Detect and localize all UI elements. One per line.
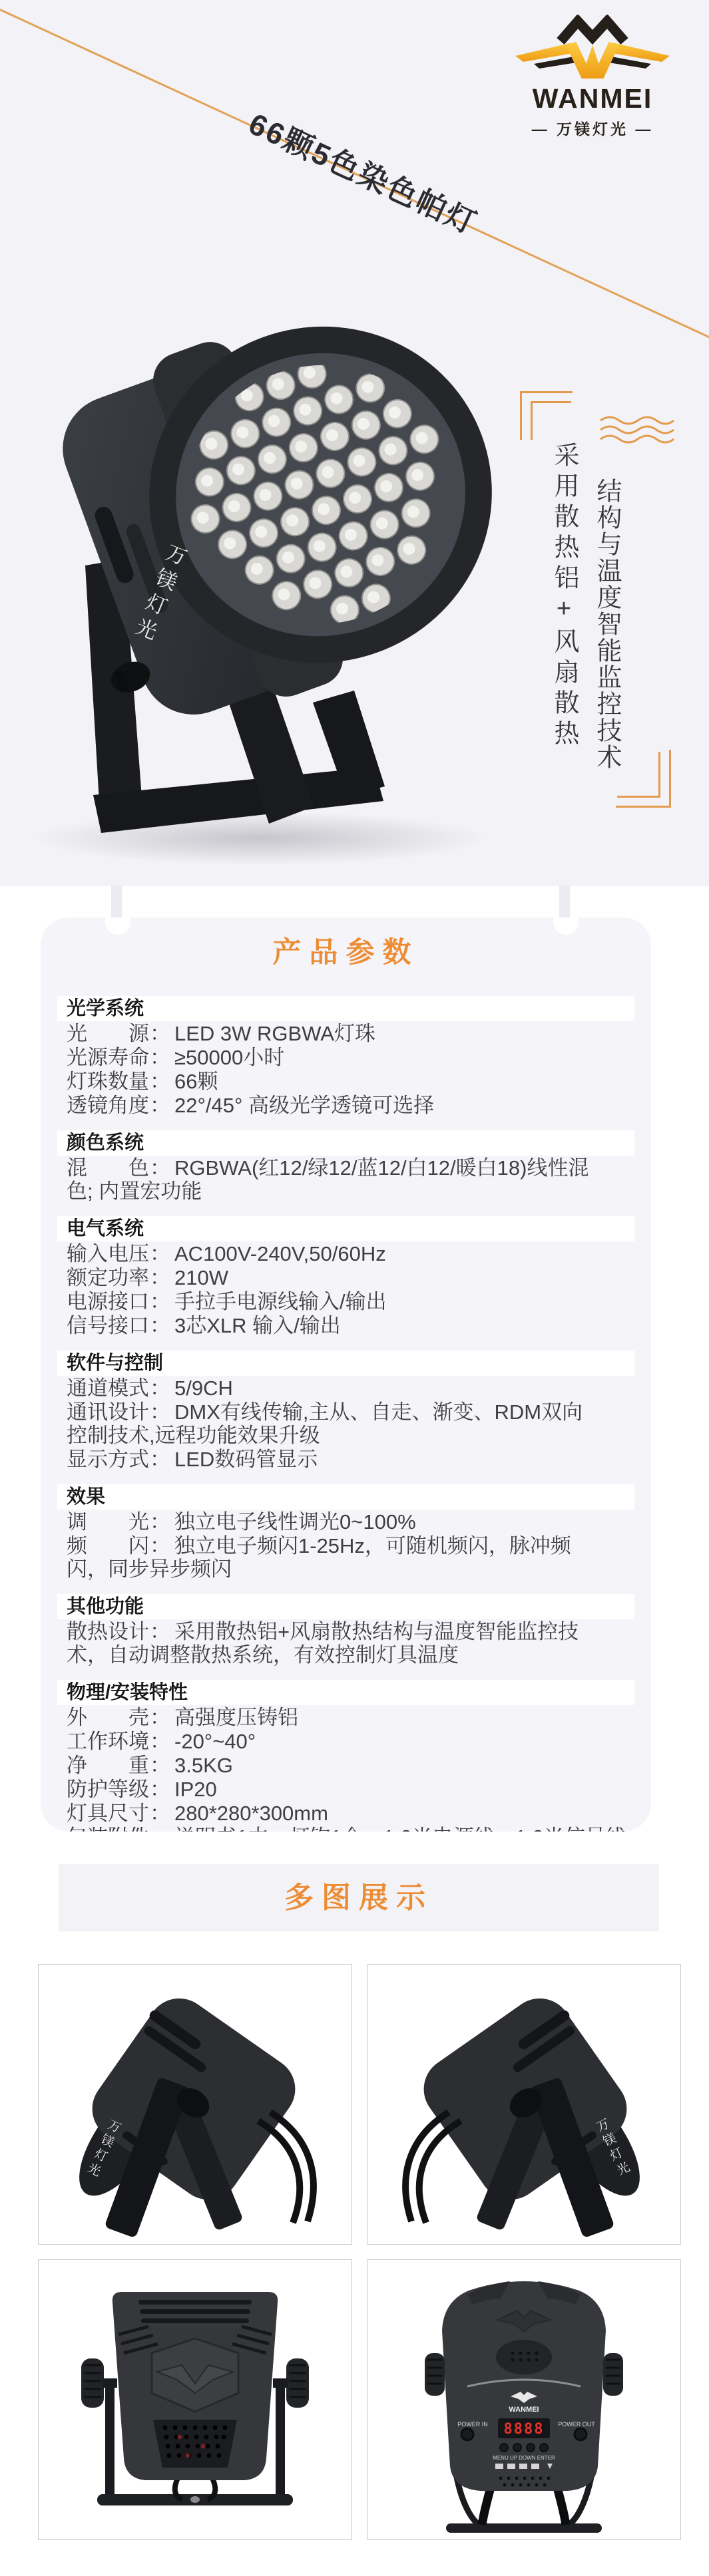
- spec-row: 显示方式：LED数码管显示: [57, 1447, 634, 1471]
- spec-label: 通道模式: [67, 1376, 149, 1400]
- hero-slogan-right: 结构与温度智能监控技术: [589, 478, 625, 770]
- spec-label: 灯珠数量: [67, 1070, 149, 1093]
- spec-value: 22°/45° 高级光学透镜可选择: [174, 1094, 434, 1117]
- spec-value: 3芯XLR 输入/输出: [174, 1314, 341, 1337]
- spec-label: 调 光: [67, 1510, 149, 1533]
- spec-row: 透镜角度：22°/45° 高级光学透镜可选择: [57, 1093, 634, 1117]
- spec-row: 防护等级：IP20: [57, 1777, 634, 1801]
- gallery-photo-side-left: [38, 1964, 352, 2245]
- hero-product-photo: [0, 279, 506, 865]
- spec-label: 净 重: [67, 1754, 149, 1777]
- spec-value: 280*280*300mm: [174, 1802, 328, 1825]
- strap-notch: [553, 917, 579, 935]
- power-out-label: POWER OUT: [558, 2421, 595, 2428]
- spec-row: 包装附件：说明书1本，灯钩1个；1.2米电源线、1.2米信号线: [57, 1825, 634, 1832]
- spec-section-heading: 物理/安装特性: [57, 1680, 634, 1705]
- spec-colon: ：: [150, 1706, 170, 1729]
- back-panel-illustration: WANMEI 8888 POWER IN POWER OUT MENU UP D…: [367, 2260, 680, 2539]
- spec-label: 显示方式: [67, 1448, 149, 1471]
- spec-label: 光 源: [67, 1022, 149, 1045]
- hero-slogan-left: 采用散热铝+风扇散热: [546, 442, 583, 750]
- spec-label: 输入电压: [67, 1242, 149, 1265]
- spec-label: 电源接口: [67, 1290, 149, 1313]
- side-view-right-illustration: [367, 1965, 680, 2244]
- spec-value: IP20: [174, 1778, 217, 1801]
- spec-colon: ：: [150, 1314, 170, 1337]
- spec-row: 灯具尺寸：280*280*300mm: [57, 1801, 634, 1825]
- spec-section: 颜色系统混 色：RGBWA(红12/绿12/蓝12/白12/暖白18)线性混 色…: [57, 1130, 634, 1203]
- spec-colon: ：: [150, 1510, 170, 1533]
- spec-colon: ：: [150, 1620, 170, 1643]
- spec-colon: ：: [150, 1778, 170, 1801]
- spec-row: 通道模式：5/9CH: [57, 1376, 634, 1400]
- brand-name: WANMEI: [511, 83, 674, 114]
- spec-row: 通讯设计：DMX有线传输,主从、自走、渐变、RDM双向 控制技术,远程功能效果升…: [57, 1400, 634, 1447]
- spec-value: 66颗: [174, 1070, 218, 1093]
- spec-row: 净 重：3.5KG: [57, 1753, 634, 1777]
- spec-label: 散热设计: [67, 1620, 149, 1643]
- spec-value: LED 3W RGBWA灯珠: [174, 1022, 375, 1045]
- spec-colon: ：: [150, 1156, 170, 1180]
- spec-value: 高强度压铸铝: [174, 1706, 298, 1729]
- quote-bracket-open-icon: [520, 391, 571, 439]
- spec-value: 5/9CH: [174, 1376, 233, 1400]
- spec-section: 物理/安装特性外 壳：高强度压铸铝工作环境：-20°~40°净 重：3.5KG防…: [57, 1680, 634, 1832]
- spec-value: 210W: [174, 1266, 228, 1289]
- spec-row: 光源寿命：≥50000小时: [57, 1045, 634, 1069]
- brand-logo: WANMEI — 万镁灯光 —: [511, 15, 674, 139]
- spec-colon: ：: [150, 1400, 170, 1424]
- hero-section: 66颗5色染色帕灯 WANMEI — 万镁灯光 —: [0, 0, 709, 886]
- spec-colon: ：: [150, 1242, 170, 1265]
- spec-colon: ：: [150, 1022, 170, 1045]
- spec-section: 软件与控制通道模式：5/9CH通讯设计：DMX有线传输,主从、自走、渐变、RDM…: [57, 1351, 634, 1471]
- spec-label: 通讯设计: [67, 1400, 149, 1424]
- spec-section-heading: 效果: [57, 1484, 634, 1510]
- rear-view-illustration: [39, 2260, 352, 2539]
- spec-colon: ：: [150, 1448, 170, 1471]
- spec-row: 调 光：独立电子线性调光0~100%: [57, 1510, 634, 1533]
- parameters-title: 产品参数: [41, 936, 651, 969]
- strap-notch: [105, 917, 130, 935]
- spec-colon: ：: [150, 1070, 170, 1093]
- spec-colon: ：: [150, 1046, 170, 1069]
- spec-colon: ：: [150, 1730, 170, 1753]
- spec-row: 混 色：RGBWA(红12/绿12/蓝12/白12/暖白18)线性混 色; 内置…: [57, 1156, 634, 1203]
- power-in-label: POWER IN: [457, 2421, 488, 2428]
- gallery-photo-side-right: [367, 1964, 681, 2245]
- spec-row: 灯珠数量：66颗: [57, 1069, 634, 1093]
- spec-value: LED数码管显示: [174, 1448, 318, 1471]
- waves-icon: [599, 414, 675, 447]
- spec-row: 光 源：LED 3W RGBWA灯珠: [57, 1021, 634, 1045]
- spec-label: 光源寿命: [67, 1046, 149, 1069]
- spec-value: AC100V-240V,50/60Hz: [174, 1242, 386, 1265]
- product-detail-page: 66颗5色染色帕灯 WANMEI — 万镁灯光 —: [0, 0, 709, 2576]
- spec-section: 光学系统光 源：LED 3W RGBWA灯珠光源寿命：≥50000小时灯珠数量：…: [57, 996, 634, 1117]
- wing-logo-icon: [511, 15, 674, 79]
- spec-value: -20°~40°: [174, 1730, 256, 1753]
- spec-row: 信号接口：3芯XLR 输入/输出: [57, 1313, 634, 1337]
- spec-colon: ：: [150, 1754, 170, 1777]
- spec-row: 外 壳：高强度压铸铝: [57, 1705, 634, 1729]
- spec-colon: ：: [150, 1376, 170, 1400]
- spec-row: 输入电压：AC100V-240V,50/60Hz: [57, 1241, 634, 1265]
- quote-bracket-close-icon: [618, 750, 671, 808]
- spec-label: 透镜角度: [67, 1094, 149, 1117]
- spec-row: 电源接口：手拉手电源线输入/输出: [57, 1289, 634, 1313]
- spec-label: 混 色: [67, 1156, 149, 1180]
- product-title: 66颗5色染色帕灯: [243, 100, 486, 243]
- spec-section-heading: 颜色系统: [57, 1130, 634, 1156]
- spec-label: 工作环境: [67, 1730, 149, 1753]
- spec-section: 效果调 光：独立电子线性调光0~100%频 闪：独立电子频闪1-25Hz，可随机…: [57, 1484, 634, 1581]
- spec-colon: ：: [150, 1802, 170, 1825]
- spec-colon: ：: [150, 1266, 170, 1289]
- spec-value: 3.5KG: [174, 1754, 233, 1777]
- spec-label: 额定功率: [67, 1266, 149, 1289]
- spec-section: 其他功能散热设计：采用散热铝+风扇散热结构与温度智能监控技 术，自动调整散热系统…: [57, 1594, 634, 1667]
- spec-label: 灯具尺寸: [67, 1802, 149, 1825]
- spec-row: 频 闪：独立电子频闪1-25Hz，可随机频闪，脉冲频 闪，同步异步频闪: [57, 1533, 634, 1581]
- spec-section: 电气系统输入电压：AC100V-240V,50/60Hz额定功率：210W电源接…: [57, 1216, 634, 1337]
- spec-colon: ：: [150, 1534, 170, 1557]
- spec-value: 说明书1本，灯钩1个；1.2米电源线、1.2米信号线: [174, 1826, 626, 1832]
- gallery-photo-back-panel: WANMEI 8888 POWER IN POWER OUT MENU UP D…: [367, 2259, 681, 2540]
- back-panel-brand: WANMEI: [509, 2406, 539, 2414]
- spec-value: ≥50000小时: [174, 1046, 284, 1069]
- spec-label: 频 闪: [67, 1534, 149, 1557]
- spec-section-heading: 光学系统: [57, 996, 634, 1021]
- spec-colon: ：: [150, 1826, 170, 1832]
- spec-label: 外 壳: [67, 1706, 149, 1729]
- spec-label: 防护等级: [67, 1778, 149, 1801]
- gallery-title: 多图展示: [59, 1864, 659, 1931]
- panel-buttons-label: MENU UP DOWN ENTER: [493, 2455, 555, 2461]
- side-view-left-illustration: [39, 1965, 352, 2244]
- led-display: 8888: [504, 2421, 545, 2438]
- spec-value: 独立电子线性调光0~100%: [174, 1510, 416, 1533]
- gallery-photo-rear: [38, 2259, 352, 2540]
- spec-section-heading: 软件与控制: [57, 1351, 634, 1376]
- spec-row: 额定功率：210W: [57, 1265, 634, 1289]
- spec-colon: ：: [150, 1290, 170, 1313]
- brand-subtext: — 万镁灯光 —: [511, 117, 674, 139]
- spec-label: 信号接口: [67, 1314, 149, 1337]
- spec-label: 包装附件: [67, 1826, 149, 1832]
- product-parameters-card: 产品参数 光学系统光 源：LED 3W RGBWA灯珠光源寿命：≥50000小时…: [41, 917, 651, 1832]
- spec-row: 散热设计：采用散热铝+风扇散热结构与温度智能监控技 术，自动调整散热系统，有效控…: [57, 1619, 634, 1667]
- spec-colon: ：: [150, 1094, 170, 1117]
- spec-section-heading: 电气系统: [57, 1216, 634, 1241]
- spec-sections: 光学系统光 源：LED 3W RGBWA灯珠光源寿命：≥50000小时灯珠数量：…: [41, 996, 651, 1832]
- spec-value: 手拉手电源线输入/输出: [174, 1290, 387, 1313]
- spec-row: 工作环境：-20°~40°: [57, 1729, 634, 1753]
- spec-section-heading: 其他功能: [57, 1594, 634, 1619]
